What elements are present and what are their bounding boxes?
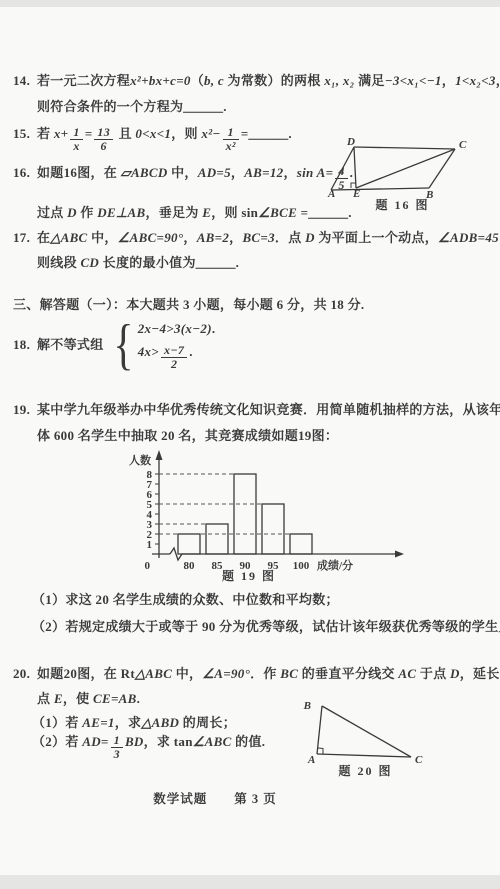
question-16-line-1: 16.如题16图，在 ▱ABCD 中，AD=5，AB=12，sin A=45. xyxy=(13,163,353,192)
q19-histogram-chart: 12345678080859095100人数成绩/分题 19 图 xyxy=(113,446,405,588)
inequality-1: 2x−4>3(x−2). xyxy=(138,319,216,339)
question-20-line-2: 点 E，使 CE=AB. xyxy=(37,689,140,709)
photo-edge-bottom xyxy=(0,875,500,889)
section-3-header: 三、解答题（一）：本大题共 3 小题，每小题 6 分，共 18 分. xyxy=(13,295,364,315)
question-18-number: 18. xyxy=(13,335,37,355)
question-16-text-2: 过点 D 作 DE⊥AB，垂足为 E，则 sin∠BCE =＿＿＿. xyxy=(37,205,352,220)
question-15-number: 15. xyxy=(13,124,37,144)
question-19-sub-2: （2）若规定成绩大于或等于 90 分为优秀等级，试估计该年级获优秀等级的学生人数… xyxy=(32,617,500,637)
page-footer: 数学试题 第 3 页 xyxy=(0,789,430,807)
svg-text:成绩/分: 成绩/分 xyxy=(317,558,353,572)
question-17-line-2: 则线段 CD 长度的最小值为＿＿＿. xyxy=(37,253,239,273)
question-19-text-1: 某中学九年级举办中华优秀传统文化知识竞赛．用简单随机抽样的方法，从该年级全 xyxy=(37,402,500,417)
figure-20-caption: 题 20 图 xyxy=(303,762,428,779)
svg-text:0: 0 xyxy=(145,560,151,572)
question-20-text-2: 点 E，使 CE=AB. xyxy=(37,691,140,706)
question-20-sub-1: （1）若 AE=1，求△ABD 的周长； xyxy=(32,713,236,733)
question-20-sub1-text: （1）若 AE=1，求△ABD 的周长； xyxy=(32,715,236,730)
question-19-number: 19. xyxy=(13,400,37,420)
inequality-system: 2x−4>3(x−2). 4x>x−72. xyxy=(138,319,216,371)
svg-text:人数: 人数 xyxy=(129,453,151,467)
question-20-number: 20. xyxy=(13,664,37,684)
question-15-text-1: 若 x+1x=136 且 0<x<1，则 x²−1x²=＿＿＿. xyxy=(37,126,292,141)
fig20-label-B: B xyxy=(303,700,311,712)
question-19-text-2: 体 600 名学生中抽取 20 名，其竞赛成绩如题19图： xyxy=(37,428,338,443)
question-16-text-1: 如题16图，在 ▱ABCD 中，AD=5，AB=12，sin A=45. xyxy=(37,165,353,180)
question-18: 18. 解不等式组 { 2x−4>3(x−2). 4x>x−72. xyxy=(13,317,215,373)
question-14-text-1: 若一元二次方程x²+bx+c=0（b, c 为常数）的两根 x₁, x₂ 满足−… xyxy=(37,73,500,88)
question-19-line-2: 体 600 名学生中抽取 20 名，其竞赛成绩如题19图： xyxy=(37,426,338,446)
question-19-sub1-text: （1）求这 20 名学生成绩的众数、中位数和平均数； xyxy=(32,592,339,607)
svg-text:80: 80 xyxy=(184,560,196,572)
question-20-line-1: 20.如题20图，在 Rt△ABC 中，∠A=90°．作 BC 的垂直平分线交 … xyxy=(13,664,500,684)
svg-text:题 19 图: 题 19 图 xyxy=(222,568,276,583)
question-19-sub2-text: （2）若规定成绩大于或等于 90 分为优秀等级，试估计该年级获优秀等级的学生人数… xyxy=(32,619,500,634)
question-19-sub-1: （1）求这 20 名学生成绩的众数、中位数和平均数； xyxy=(32,590,339,610)
question-16-line-2: 过点 D 作 DE⊥AB，垂足为 E，则 sin∠BCE =＿＿＿. xyxy=(37,203,352,223)
svg-text:8: 8 xyxy=(147,469,153,481)
fig16-label-C: C xyxy=(459,139,467,151)
photo-edge-top xyxy=(0,0,500,7)
question-17-text-1: 在△ABC 中，∠ABC=90°，AB=2，BC=3．点 D 为平面上一个动点，… xyxy=(37,230,500,245)
question-17-text-2: 则线段 CD 长度的最小值为＿＿＿. xyxy=(37,255,239,270)
question-20-text-1: 如题20图，在 Rt△ABC 中，∠A=90°．作 BC 的垂直平分线交 AC … xyxy=(37,666,500,681)
question-14-text-2: 则符合条件的一个方程为＿＿＿. xyxy=(37,99,227,114)
fig16-label-D: D xyxy=(346,136,355,148)
system-brace: { xyxy=(113,317,133,373)
figure-16-parallelogram: A E B C D xyxy=(325,136,480,198)
question-15-line-1: 15.若 x+1x=136 且 0<x<1，则 x²−1x²=＿＿＿. xyxy=(13,124,292,153)
figure-16-caption: 题 16 图 xyxy=(325,196,480,213)
question-14-line-1: 14.若一元二次方程x²+bx+c=0（b, c 为常数）的两根 x₁, x₂ … xyxy=(13,71,500,91)
svg-text:100: 100 xyxy=(293,560,310,572)
question-20-sub2-text: （2）若 AD=13BD，求 tan∠ABC 的值. xyxy=(32,734,265,749)
question-14-line-2: 则符合条件的一个方程为＿＿＿. xyxy=(37,97,227,117)
question-19-line-1: 19.某中学九年级举办中华优秀传统文化知识竞赛．用简单随机抽样的方法，从该年级全 xyxy=(13,400,500,420)
question-17-number: 17. xyxy=(13,228,37,248)
question-18-label: 解不等式组 xyxy=(37,335,104,355)
question-16-number: 16. xyxy=(13,163,37,183)
figure-20-right-triangle: B A C xyxy=(303,697,428,769)
question-17-line-1: 17.在△ABC 中，∠ABC=90°，AB=2，BC=3．点 D 为平面上一个… xyxy=(13,228,500,248)
question-20-sub-2: （2）若 AD=13BD，求 tan∠ABC 的值. xyxy=(32,732,265,761)
inequality-2: 4x>x−72. xyxy=(138,342,216,371)
question-14-number: 14. xyxy=(13,71,37,91)
